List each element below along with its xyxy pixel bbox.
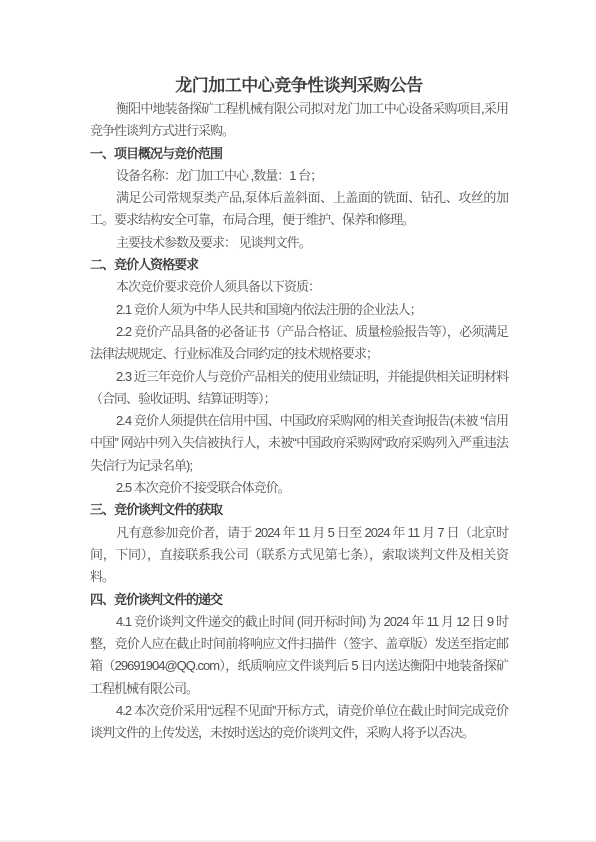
section-heading-document-submission: 四、竞价谈判文件的递交 <box>90 589 508 611</box>
section-heading-document-acquisition: 三、竞价谈判文件的获取 <box>90 499 508 521</box>
paragraph-equipment-name: 设备名称：龙门加工中心 ,数量：1 台； <box>90 165 508 187</box>
paragraph-item-2-3: 2.3 近三年竞价人与竞价产品相关的使用业绩证明，并能提供相关证明材料（合同、验… <box>90 366 508 411</box>
paragraph-item-2-5: 2.5 本次竞价不接受联合体竞价。 <box>90 477 508 499</box>
paragraph-technical-parameters: 主要技术参数及要求： 见谈判文件。 <box>90 232 508 254</box>
paragraph-acquisition-details: 凡有意参加竞价者，请于 2024 年 11 月 5 日至 2024 年 11 月… <box>90 522 508 589</box>
paragraph-item-4-2: 4.2 本次竞价采用“远程不见面”开标方式，请竞价单位在截止时间完成竞价谈判文件… <box>90 700 508 745</box>
paragraph-machining-requirements: 满足公司常规泵类产品,泵体后盖斜面、上盖面的铣面、钻孔、攻丝的加工。要求结构安全… <box>90 187 508 232</box>
section-heading-bidder-qualifications: 二、竞价人资格要求 <box>90 254 508 276</box>
paragraph-qualification-intro: 本次竞价要求竞价人须具备以下资质： <box>90 276 508 298</box>
paragraph-item-2-2: 2.2 竞价产品具备的必备证书（产品合格证、质量检验报告等），必须满足法律法规规… <box>90 321 508 366</box>
intro-paragraph: 衡阳中地装备探矿工程机械有限公司拟对龙门加工中心设备采购项目,采用竞争性谈判方式… <box>90 98 508 143</box>
paragraph-item-2-4: 2.4 竞价人须提供在信用中国、中国政府采购网的相关查询报告(未被 “信用中国”… <box>90 410 508 477</box>
paragraph-item-4-1: 4.1 竞价谈判文件递交的截止时间 (同开标时间) 为 2024 年 11 月 … <box>90 611 508 700</box>
section-heading-project-overview: 一、项目概况与竞价范围 <box>90 143 508 165</box>
page-title: 龙门加工中心竞争性谈判采购公告 <box>90 73 508 98</box>
document-page: 龙门加工中心竞争性谈判采购公告 衡阳中地装备探矿工程机械有限公司拟对龙门加工中心… <box>0 0 596 842</box>
paragraph-item-2-1: 2.1 竞价人须为中华人民共和国境内依法注册的企业法人； <box>90 299 508 321</box>
